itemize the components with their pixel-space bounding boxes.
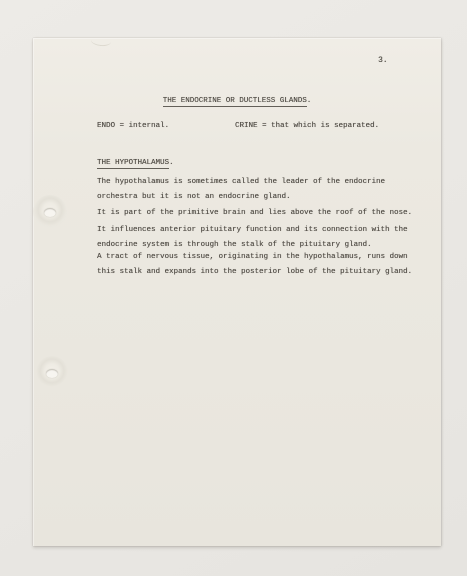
paper-smudge xyxy=(91,35,112,47)
page-number: 3. xyxy=(378,56,388,66)
definition-endo: ENDO = internal. xyxy=(97,122,169,130)
document-title: THE ENDOCRINE OR DUCTLESS GLANDS. xyxy=(33,96,441,106)
document-title-period: . xyxy=(307,97,312,105)
definition-crine: CRINE = that which is separated. xyxy=(235,121,379,131)
document-title-text: THE ENDOCRINE OR DUCTLESS GLANDS xyxy=(163,97,307,107)
definitions-line: ENDO = internal. CRINE = that which is s… xyxy=(97,121,433,131)
paragraph-nervous-tissue-tract: A tract of nervous tissue, originating i… xyxy=(97,250,423,279)
section-heading: THE HYPOTHALAMUS. xyxy=(97,158,174,168)
paragraph-hypothalamus-leader: The hypothalamus is sometimes called the… xyxy=(97,175,423,204)
section-heading-text: THE HYPOTHALAMUS xyxy=(97,159,169,169)
paragraph-anterior-pituitary: It influences anterior pituitary functio… xyxy=(97,223,423,252)
punch-hole-bottom xyxy=(35,356,69,390)
paragraph-primitive-brain: It is part of the primitive brain and li… xyxy=(97,206,423,221)
scanned-document-photo: 3. THE ENDOCRINE OR DUCTLESS GLANDS. END… xyxy=(0,0,467,576)
document-page: 3. THE ENDOCRINE OR DUCTLESS GLANDS. END… xyxy=(33,38,441,546)
section-heading-period: . xyxy=(169,159,174,167)
punch-hole-top xyxy=(33,195,67,229)
